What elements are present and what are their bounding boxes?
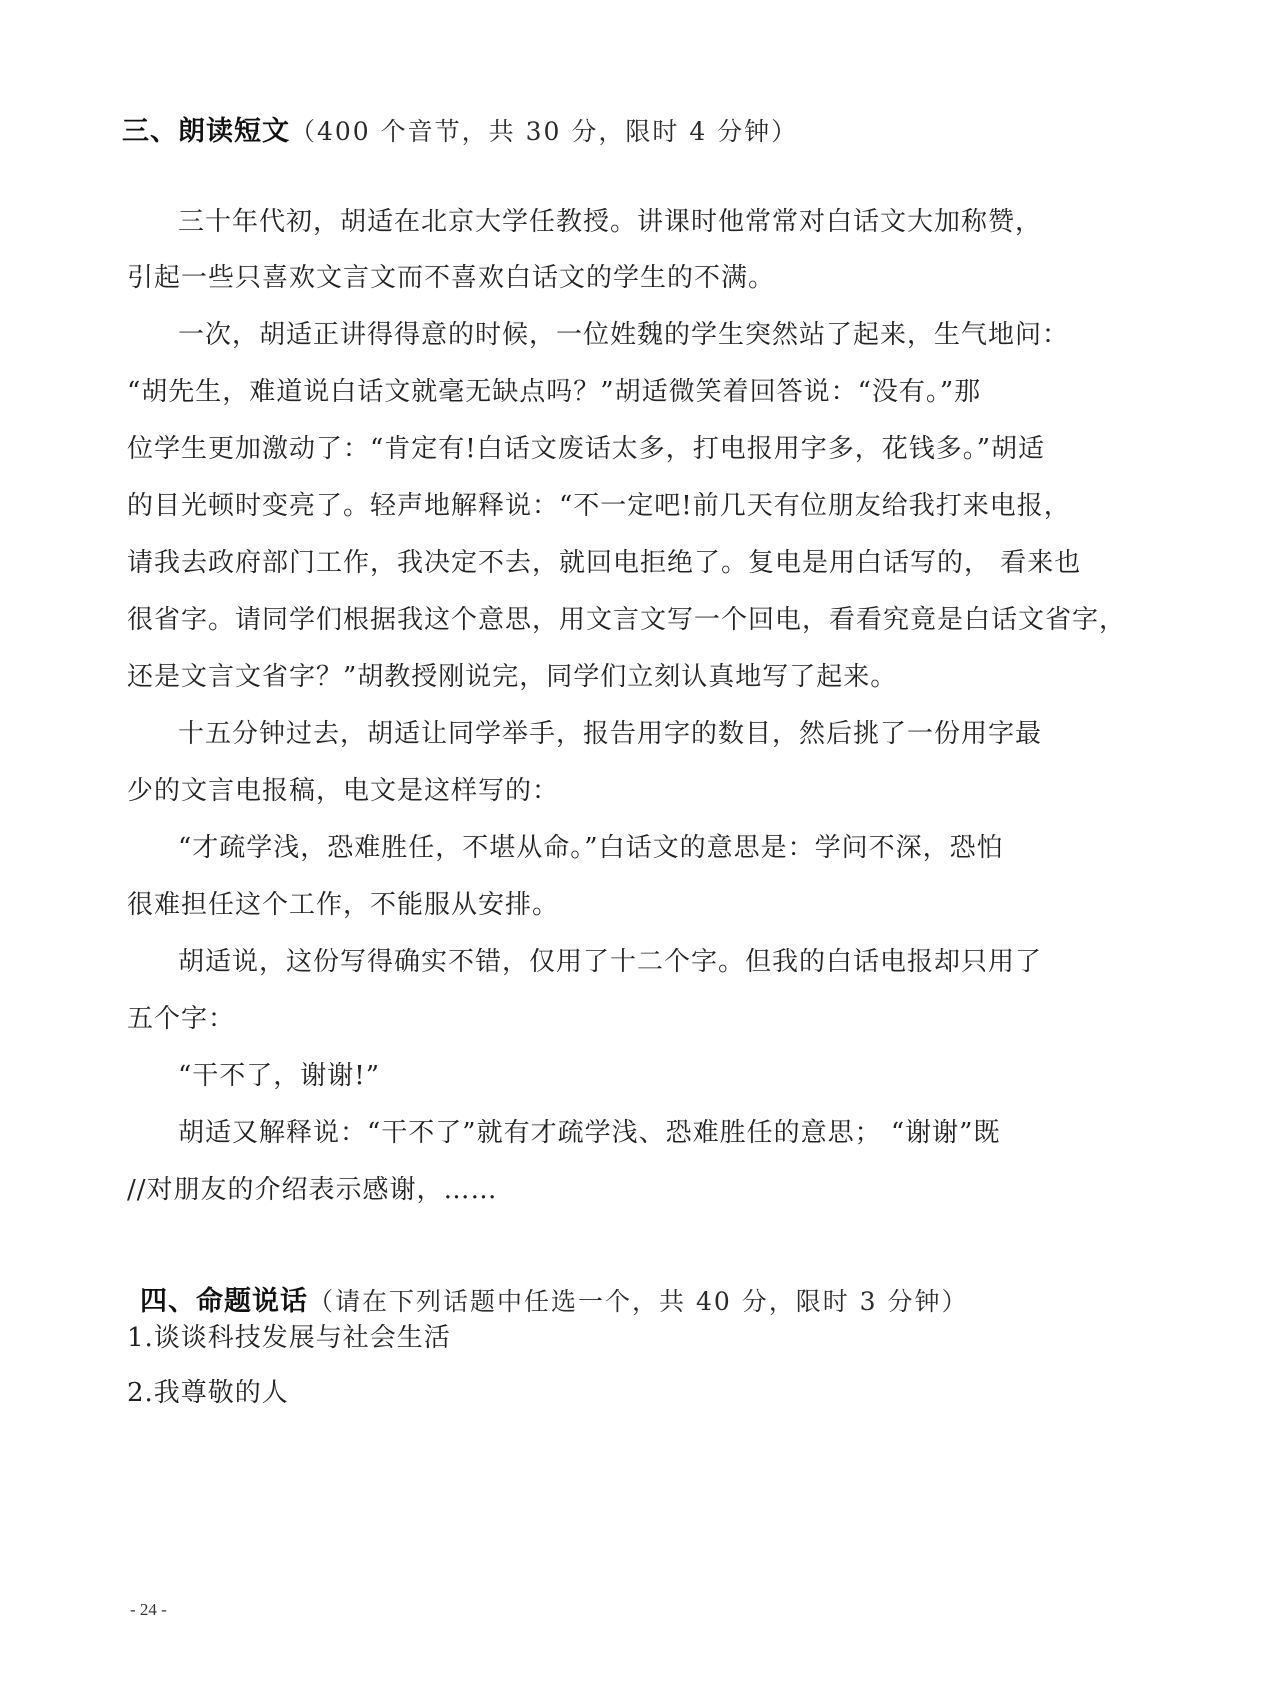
passage-line: 位学生更加激动了：“肯定有!白话文废话太多，打电报用字多，花钱多。”胡适 <box>127 433 1045 465</box>
topic-item: 2.我尊敬的人 <box>127 1377 289 1409</box>
passage-line: 胡适说，这份写得确实不错，仅用了十二个字。但我的白话电报却只用了 <box>178 946 1042 978</box>
passage-line: 引起一些只喜欢文言文而不喜欢白话文的学生的不满。 <box>127 262 775 294</box>
passage-line: 请我去政府部门工作，我决定不去，就回电拒绝了。复电是用白话写的， 看来也 <box>127 547 1081 579</box>
passage-line: “胡先生，难道说白话文就毫无缺点吗？”胡适微笑着回答说：“没有。”那 <box>127 376 981 408</box>
passage-line: 三十年代初，胡适在北京大学任教授。讲课时他常常对白话文大加称赞， <box>178 206 1042 238</box>
passage-line: 的目光顿时变亮了。轻声地解释说：“不一定吧!前几天有位朋友给我打来电报， <box>127 490 1071 522</box>
passage-line: 胡适又解释说：“干不了”就有才疏学浅、恐难胜任的意思； “谢谢”既 <box>178 1117 1000 1149</box>
passage-line: 很省字。请同学们根据我这个意思，用文言文写一个回电，看看究竟是白话文省字， <box>127 604 1126 636</box>
topic-item: 1.谈谈科技发展与社会生活 <box>127 1322 451 1354</box>
page-number: - 24 - <box>130 1600 167 1620</box>
passage-line: 还是文言文省字？”胡教授刚说完，同学们立刻认真地写了起来。 <box>127 661 897 693</box>
passage-line: “干不了，谢谢!” <box>178 1060 380 1092</box>
section-4-heading: 四、命题说话（请在下列话题中任选一个，共 40 分，限时 3 分钟） <box>140 1286 969 1318</box>
passage-line: 五个字： <box>127 1003 235 1035</box>
section-3-note: （400 个音节，共 30 分，限时 4 分钟） <box>290 117 798 146</box>
passage-line: 一次，胡适正讲得得意的时候，一位姓魏的学生突然站了起来，生气地问： <box>178 319 1069 351</box>
section-3-heading: 三、朗读短文（400 个音节，共 30 分，限时 4 分钟） <box>122 116 798 148</box>
passage-line: //对朋友的介绍表示感谢，…… <box>127 1174 498 1206</box>
passage-line: 十五分钟过去，胡适让同学举手，报告用字的数目，然后挑了一份用字最 <box>178 718 1042 750</box>
document-page: 三、朗读短文（400 个音节，共 30 分，限时 4 分钟） 三十年代初，胡适在… <box>0 0 1280 1706</box>
passage-line: “才疏学浅，恐难胜任，不堪从命。”白话文的意思是：学问不深，恐怕 <box>178 832 1004 864</box>
section-4-note: （请在下列话题中任选一个，共 40 分，限时 3 分钟） <box>308 1287 969 1316</box>
section-4-title: 四、命题说话 <box>140 1286 308 1317</box>
section-3-title: 三、朗读短文 <box>122 116 290 147</box>
passage-line: 很难担任这个工作，不能服从安排。 <box>127 889 559 921</box>
passage-line: 少的文言电报稿，电文是这样写的： <box>127 775 559 807</box>
